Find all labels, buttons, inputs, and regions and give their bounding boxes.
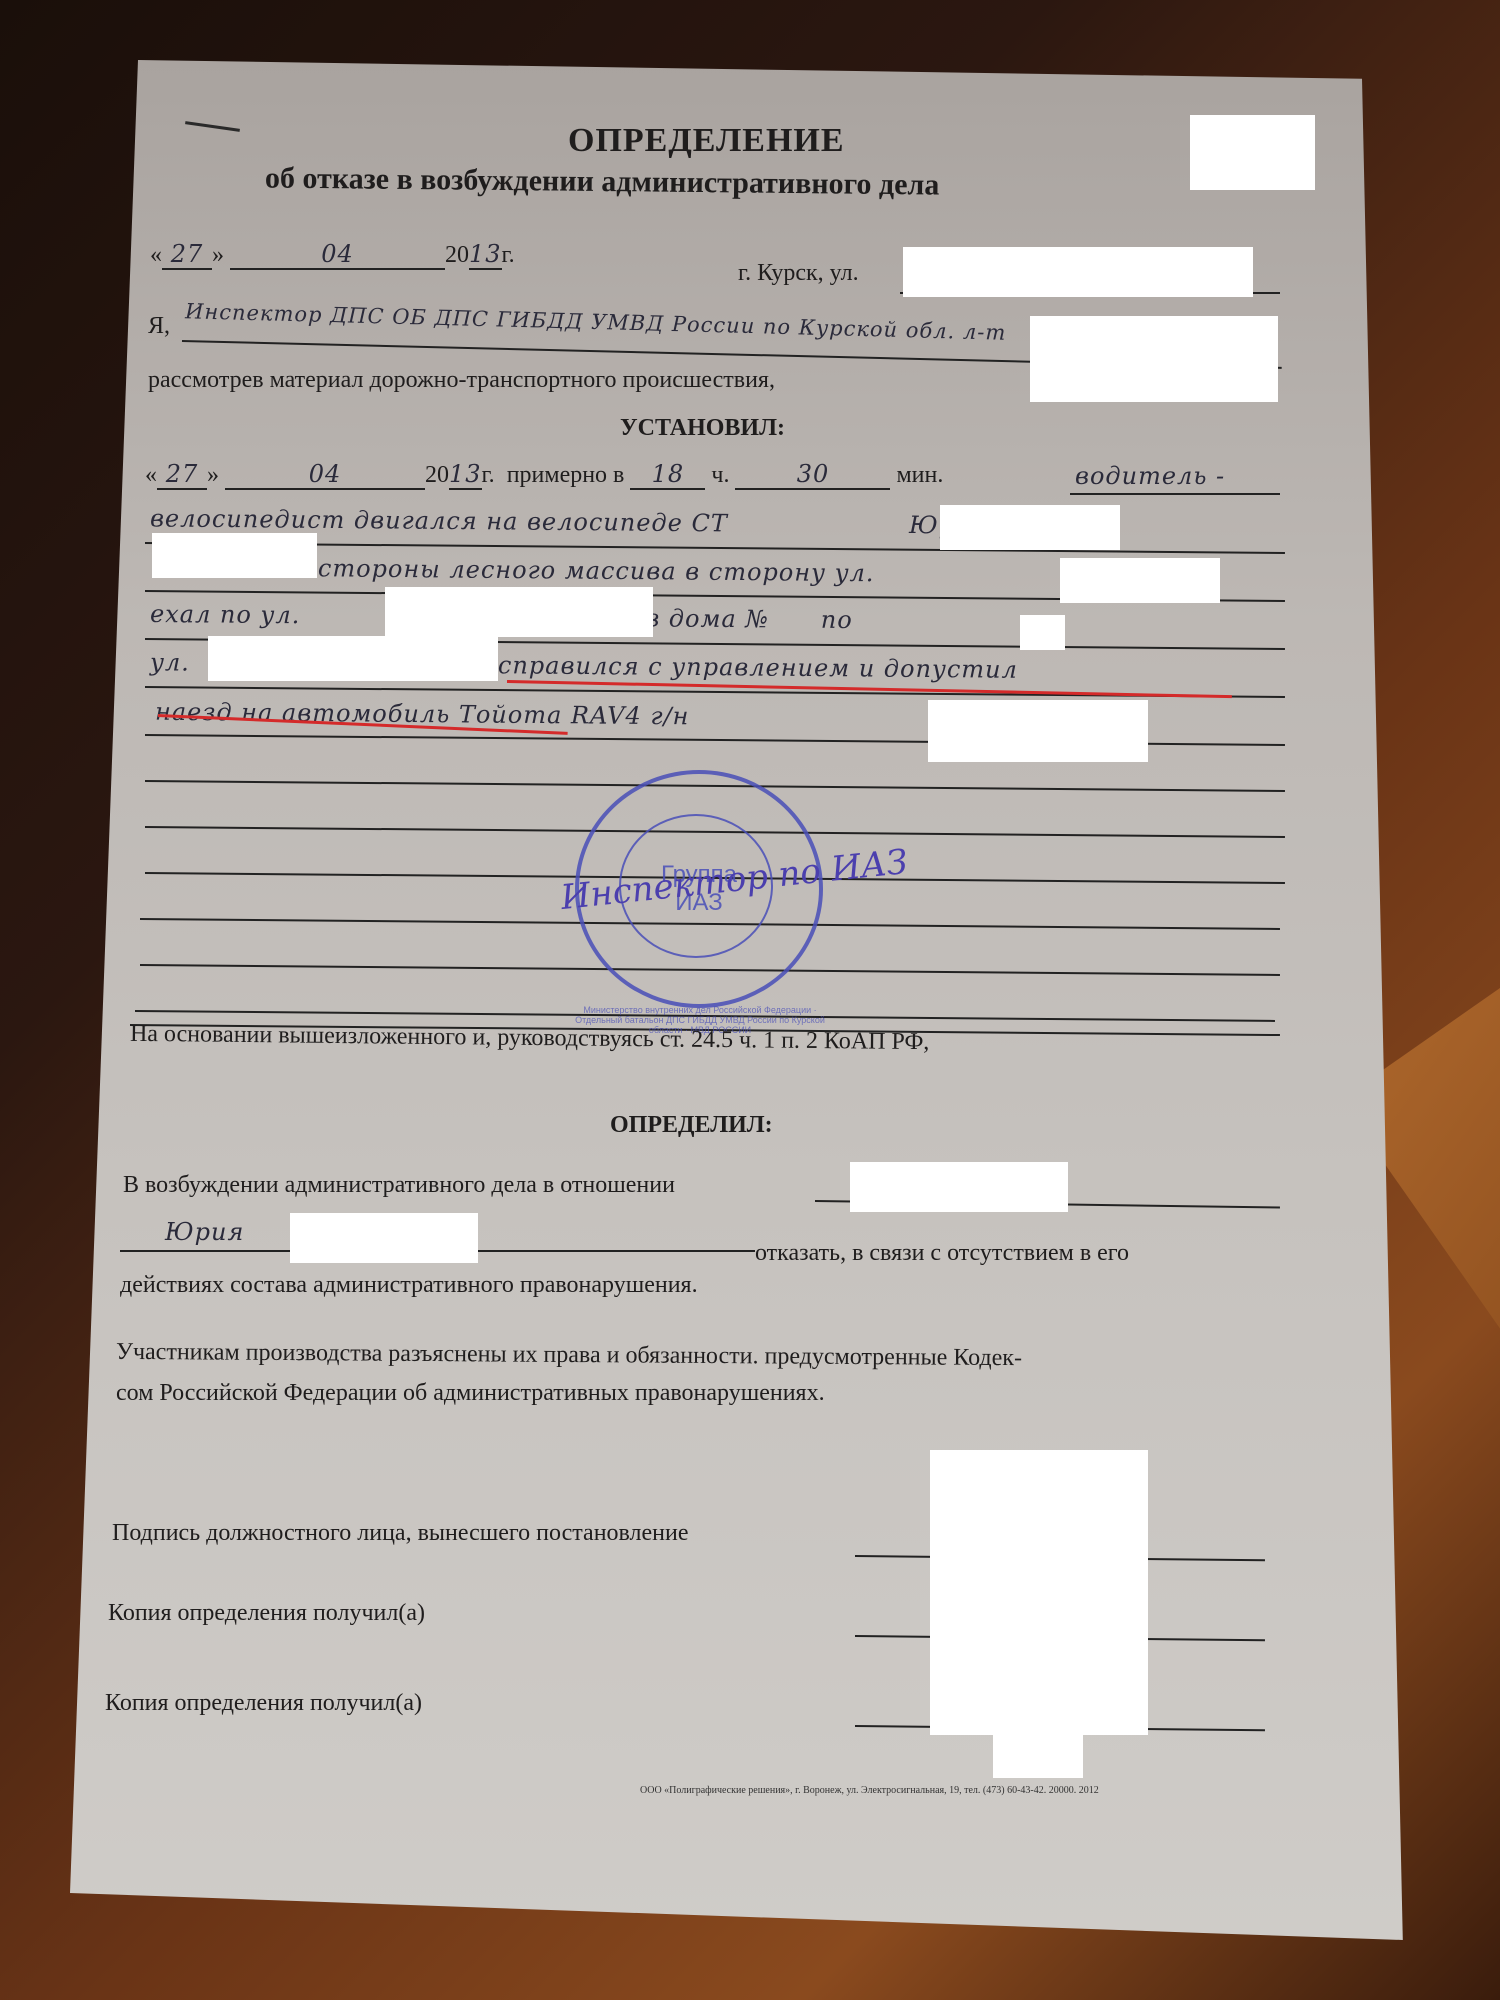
decision-suffix: отказать, в связи с отсутствием в его xyxy=(755,1240,1129,1267)
incident-day: 27 xyxy=(157,460,207,490)
narrative-line: водитель - xyxy=(1075,462,1225,490)
location-label: г. Курск, ул. xyxy=(738,260,859,287)
rights-line2: сом Российской Федерации об администрати… xyxy=(116,1380,825,1407)
document-subtitle: об отказе в возбуждении административног… xyxy=(265,161,940,202)
header-year-unit: г. xyxy=(502,242,515,268)
redaction-box xyxy=(930,1450,1148,1735)
redaction-box xyxy=(928,700,1148,762)
decided-heading: ОПРЕДЕЛИЛ: xyxy=(610,1112,773,1139)
incident-approx-label: примерно в xyxy=(507,462,625,488)
author-prefix: Я, xyxy=(148,313,170,340)
incident-year-prefix: 20 xyxy=(425,462,449,488)
decision-prefix: В возбуждении административного дела в о… xyxy=(123,1172,675,1199)
redaction-box xyxy=(1030,316,1278,402)
redaction-box xyxy=(385,587,653,637)
incident-year-unit: г. xyxy=(482,462,495,488)
signature-label-copy1: Копия определения получил(а) xyxy=(108,1600,425,1627)
decision-end: действиях состава административного прав… xyxy=(120,1272,698,1299)
redaction-box xyxy=(1190,115,1315,190)
reviewed-text: рассмотрев материал дорожно-транспортног… xyxy=(148,367,775,394)
incident-datetime: «27» 042013г. примерно в 18 ч. 30 мин. xyxy=(145,460,943,490)
redaction-box xyxy=(940,505,1120,550)
redaction-box xyxy=(993,1730,1083,1778)
incident-year-suffix: 13 xyxy=(449,460,482,490)
document-title: ОПРЕДЕЛЕНИЕ xyxy=(568,122,845,160)
printer-footer: ООО «Полиграфические решения», г. Вороне… xyxy=(640,1785,1099,1796)
incident-minute-unit: мин. xyxy=(896,462,943,488)
signature-label-official: Подпись должностного лица, вынесшего пос… xyxy=(112,1520,689,1547)
redaction-box xyxy=(208,636,498,681)
header-year-suffix: 13 xyxy=(469,240,502,270)
ruled-line xyxy=(1070,493,1280,495)
redaction-box xyxy=(152,533,317,578)
established-heading: УСТАНОВИЛ: xyxy=(620,415,785,442)
header-date-day: 27 xyxy=(162,240,212,270)
redaction-box xyxy=(903,247,1253,297)
incident-hour-unit: ч. xyxy=(711,462,729,488)
incident-month: 04 xyxy=(225,460,425,490)
incident-hour: 18 xyxy=(630,460,705,490)
signature-label-copy2: Копия определения получил(а) xyxy=(105,1690,422,1717)
header-year-prefix: 20 xyxy=(445,242,469,268)
incident-minute: 30 xyxy=(735,460,890,490)
redaction-box xyxy=(1020,615,1065,650)
header-date: «27» 042013г. xyxy=(150,240,515,270)
header-date-month: 04 xyxy=(230,240,445,270)
redaction-box xyxy=(1060,558,1220,603)
redaction-box xyxy=(850,1162,1068,1212)
decision-name-handwritten: Юрия xyxy=(165,1218,244,1246)
redaction-box xyxy=(290,1213,478,1263)
